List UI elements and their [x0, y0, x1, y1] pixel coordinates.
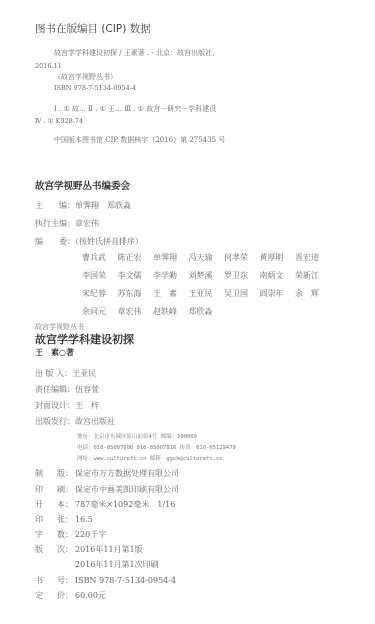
- board-exec-value: 章宏伟: [75, 219, 99, 228]
- member-name: 曹兵武: [82, 252, 118, 263]
- board-members-label: 编 委：: [35, 237, 75, 246]
- publisher-row: 出 版 人：王亚民: [35, 368, 96, 379]
- spec-key-suffix: 价：: [57, 590, 75, 601]
- member-name: 赵轶峰: [153, 306, 189, 317]
- spec-key-suffix: 张：: [57, 514, 75, 525]
- member-name: 荣新江: [295, 270, 331, 281]
- members-line-3: 宋纪蓉苏东海王 素王亚民吴卫国阎崇年余 辉: [82, 288, 331, 299]
- spec-key-suffix: 刷：: [57, 484, 75, 495]
- member-name: 宋纪蓉: [82, 288, 118, 299]
- board-exec-row: 执行主编：章宏伟: [35, 218, 99, 229]
- cip-line-classification: Ⅰ . ① 故… Ⅱ . ① 王… Ⅲ . ① 故宫－研究－学科建设: [54, 104, 216, 114]
- member-name: 吴卫国: [224, 288, 260, 299]
- board-chief-row: 主 编：单霁翔 郑欣淼: [35, 200, 131, 211]
- board-exec-label: 执行主编：: [35, 219, 75, 228]
- distributor-label: 出版发行：: [35, 417, 75, 426]
- board-chief-value: 单霁翔 郑欣淼: [75, 201, 131, 210]
- distributor-value: 故宫出版社: [75, 417, 115, 426]
- cip-line-class-code: Ⅳ . ① K928.74: [35, 117, 83, 125]
- spec-key: 开: [35, 499, 57, 510]
- member-name: 李国荣: [82, 270, 118, 281]
- spec-value: 2016年11月第1次印刷: [75, 560, 159, 569]
- members-line-2: 李国荣李文儒李学勤刘梦溪罗卫东南炳文荣新江: [82, 270, 331, 281]
- spec-key: 字: [35, 529, 57, 540]
- spec-row-word-count: 字数：220千字: [35, 529, 106, 540]
- publisher-label: 出 版 人：: [35, 369, 72, 378]
- spec-value: 保定市中画美凯印刷有限公司: [75, 485, 179, 494]
- member-name: 阎崇年: [260, 288, 296, 299]
- cip-line-isbn: ISBN 978-7-5134-0954-4: [54, 84, 136, 92]
- book-author: 王 素○著: [35, 347, 74, 358]
- spec-key-suffix: 本：: [57, 499, 75, 510]
- spec-row-format: 开本：787毫米×1092毫米 1/16: [35, 499, 175, 510]
- editor-value: 伍容萱: [75, 385, 99, 394]
- spec-row-isbn: 书号：ISBN 978-7-5134-0954-4: [35, 575, 176, 586]
- editor-row: 责任编辑：伍容萱: [35, 384, 99, 395]
- members-line-4: 余同元章宏伟赵轶峰郑欣淼: [82, 306, 224, 317]
- spec-key-suffix: 数：: [57, 529, 75, 540]
- phone-line: 电话：010-85007808 010-85007816 传真：010-6512…: [77, 443, 236, 451]
- cip-title: 图书在版编目 (CIP) 数据: [35, 21, 151, 36]
- spec-key-suffix: 号：: [57, 575, 75, 586]
- member-name: 余 辉: [295, 288, 331, 299]
- spec-row-edition: 版次：2016年11月第1版: [35, 544, 143, 555]
- board-members-note: （按姓氏拼音排序）: [75, 237, 143, 246]
- spec-key: 书: [35, 575, 57, 586]
- cip-line-verification: 中国版本图书馆 CIP 数据核字（2016）第 275435 号: [54, 135, 225, 145]
- member-name: 李文儒: [118, 270, 154, 281]
- spec-key: 版: [35, 544, 57, 555]
- board-title: 故宫学视野丛书编委会: [35, 178, 130, 192]
- spec-row-price: 定价：60.00元: [35, 590, 106, 601]
- web-line: 网址：www.culturefc.cn 邮箱：ggcb@culturefc.cn: [77, 454, 223, 462]
- member-name: 何孝荣: [224, 252, 260, 263]
- spec-row-sheets: 印张：16.5: [35, 514, 93, 525]
- spec-key: 印: [35, 514, 57, 525]
- spec-row-printing: 印刷：保定市中画美凯印刷有限公司: [35, 484, 179, 495]
- spec-value: 787毫米×1092毫米 1/16: [75, 500, 175, 509]
- address-line: 地址：北京市东城区景山前街4号 邮编：100009: [77, 432, 197, 440]
- publisher-value: 王亚民: [72, 369, 96, 378]
- cover-design-row: 封面设计：王 梓: [35, 400, 99, 411]
- member-name: 章宏伟: [118, 306, 154, 317]
- cip-line-date: 2016.11: [35, 62, 62, 70]
- board-chief-label: 主 编：: [35, 201, 75, 210]
- member-name: 陈正宏: [118, 252, 154, 263]
- spec-value: 保定市万方数据处理有限公司: [75, 469, 179, 478]
- spec-value: 2016年11月第1版: [75, 545, 143, 554]
- spec-key: 制: [35, 468, 57, 479]
- spec-key: 印: [35, 484, 57, 495]
- member-name: 晋宏逵: [295, 252, 331, 263]
- spec-key-suffix: 版：: [57, 468, 75, 479]
- spec-value: ISBN 978-7-5134-0954-4: [75, 576, 176, 585]
- cip-line-title: 故宫学学科建设初探 / 王素著 . - 北京：故宫出版社，: [54, 48, 219, 58]
- spec-value: 60.00元: [75, 591, 106, 600]
- member-name: 冯天瑜: [189, 252, 225, 263]
- board-members-row: 编 委：（按姓氏拼音排序）: [35, 236, 143, 247]
- spec-row-plate: 制版：保定市万方数据处理有限公司: [35, 468, 179, 479]
- cip-line-series: （故宫学视野丛书）: [54, 72, 117, 82]
- cover-design-label: 封面设计：: [35, 401, 75, 410]
- member-name: 李学勤: [153, 270, 189, 281]
- book-title: 故宫学学科建设初探: [35, 331, 134, 347]
- member-name: 王亚民: [189, 288, 225, 299]
- member-name: 刘梦溪: [189, 270, 225, 281]
- spec-key-suffix: 次：: [57, 544, 75, 555]
- member-name: 王 素: [153, 288, 189, 299]
- spec-key: 定: [35, 590, 57, 601]
- member-name: 南炳文: [260, 270, 296, 281]
- members-line-1: 曹兵武陈正宏单霁翔冯天瑜何孝荣黄厚明晋宏逵: [82, 252, 331, 263]
- distributor-row: 出版发行：故宫出版社: [35, 416, 115, 427]
- member-name: 余同元: [82, 306, 118, 317]
- cover-design-value: 王 梓: [75, 401, 99, 410]
- member-name: 单霁翔: [153, 252, 189, 263]
- member-name: 罗卫东: [224, 270, 260, 281]
- member-name: 苏东海: [118, 288, 154, 299]
- member-name: 黄厚明: [260, 252, 296, 263]
- spec-row-print-run: 2016年11月第1次印刷: [35, 559, 159, 570]
- editor-label: 责任编辑：: [35, 385, 75, 394]
- member-name: 郑欣淼: [189, 306, 225, 317]
- spec-value: 16.5: [75, 515, 93, 524]
- spec-value: 220千字: [75, 530, 106, 539]
